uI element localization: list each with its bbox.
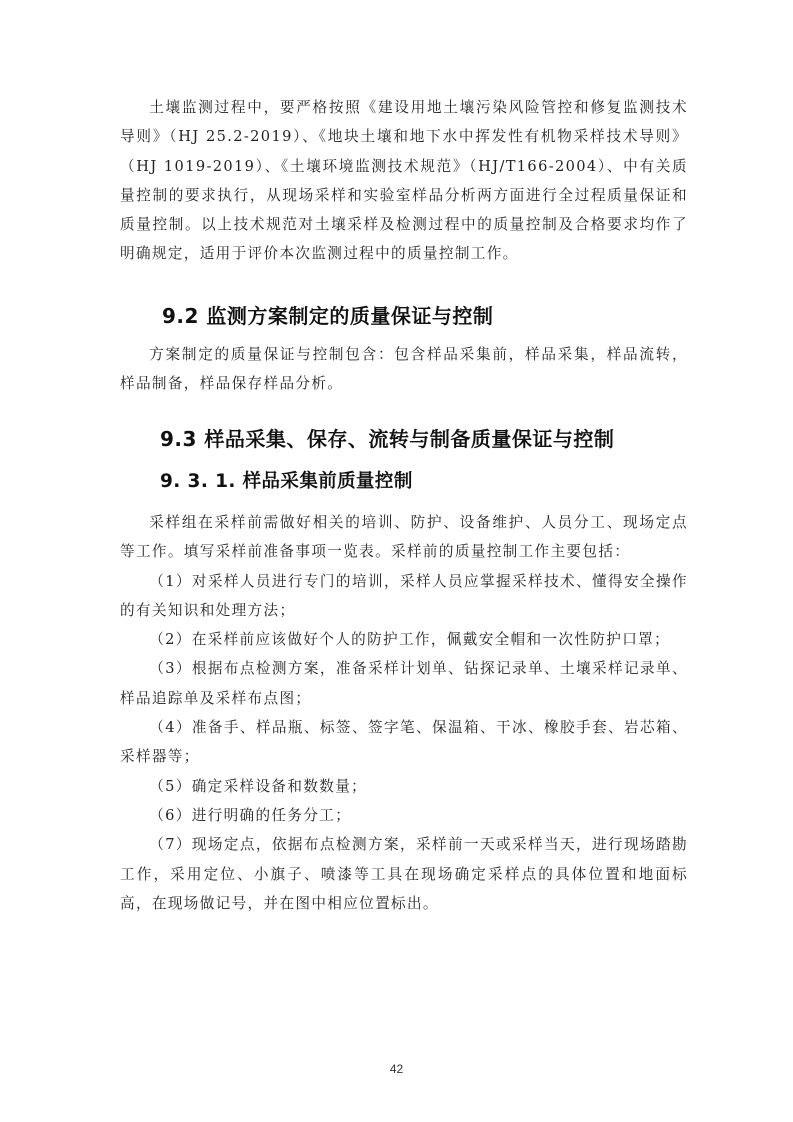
section-heading-9-3: 9.3 样品采集、保存、流转与制备质量保证与控制 [160,423,614,452]
section-9-3-1-intro: 采样组在采样前需做好相关的培训、防护、设备维护、人员分工、现场定点等工作。填写采… [120,508,688,567]
list-item: （1）对采样人员进行专门的培训，采样人员应掌握采样技术、懂得安全操作的有关知识和… [120,567,688,626]
page-number: 42 [0,1062,793,1076]
section-9-3-1-body: 采样组在采样前需做好相关的培训、防护、设备维护、人员分工、现场定点等工作。填写采… [120,508,688,918]
intro-paragraph: 土壤监测过程中，要严格按照《建设用地土壤污染风险管控和修复监测技术导则》（HJ … [120,93,688,269]
list-item: （3）根据布点检测方案，准备采样计划单、钻探记录单、土壤采样记录单、样品追踪单及… [120,654,688,713]
section-9-2-body: 方案制定的质量保证与控制包含：包含样品采集前，样品采集，样品流转，样品制备，样品… [120,340,688,399]
list-item: （5）确定采样设备和数数量； [120,772,688,801]
document-page: 土壤监测过程中，要严格按照《建设用地土壤污染风险管控和修复监测技术导则》（HJ … [0,0,793,1122]
intro-section: 土壤监测过程中，要严格按照《建设用地土壤污染风险管控和修复监测技术导则》（HJ … [120,93,688,269]
list-item: （7）现场定点，依据布点检测方案，采样前一天或采样当天，进行现场踏勘工作，采用定… [120,830,688,918]
section-9-2-paragraph: 方案制定的质量保证与控制包含：包含样品采集前，样品采集，样品流转，样品制备，样品… [120,340,688,399]
section-heading-9-2: 9.2 监测方案制定的质量保证与控制 [162,300,493,329]
list-item: （2）在采样前应该做好个人的防护工作，佩戴安全帽和一次性防护口罩； [120,625,688,654]
list-item: （4）准备手、样品瓶、标签、签字笔、保温箱、干冰、橡胶手套、岩芯箱、采样器等； [120,713,688,772]
list-item: （6）进行明确的任务分工； [120,801,688,830]
section-heading-9-3-1: 9. 3. 1. 样品采集前质量控制 [160,467,413,493]
